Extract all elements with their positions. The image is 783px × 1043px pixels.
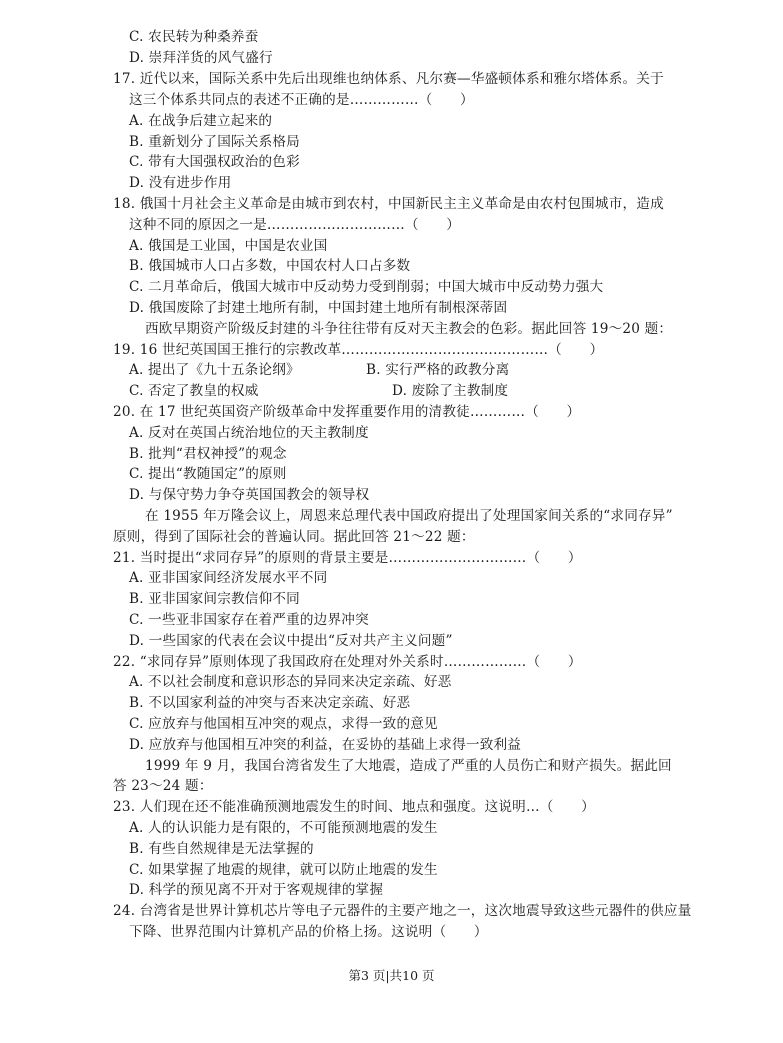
- answer-option: C. 一些亚非国家存在着严重的边界冲突: [129, 610, 369, 630]
- answer-option: C. 应放弃与他国相互冲突的观点，求得一致的意见: [129, 714, 438, 734]
- answer-option: B. 不以国家利益的冲突与否来决定亲疏、好恶: [129, 693, 410, 713]
- answer-option: D. 崇拜洋货的风气盛行: [129, 48, 273, 68]
- answer-option: C. 如果掌握了地震的规律，就可以防止地震的发生: [129, 860, 438, 880]
- answer-option: A. 俄国是工业国，中国是农业国: [129, 236, 327, 256]
- reading-passage: 在 1955 年万隆会议上，周恩来总理代表中国政府提出了处理国家间关系的“求同存…: [145, 506, 673, 526]
- answer-option: B. 重新划分了国际关系格局: [129, 132, 300, 152]
- answer-option: A. 在战争后建立起来的: [129, 111, 272, 131]
- reading-passage: 答 23～24 题：: [113, 776, 213, 796]
- answer-option: D. 废除了主教制度: [392, 381, 508, 401]
- answer-option: D. 俄国废除了封建土地所有制，中国封建土地所有制根深蒂固: [129, 298, 507, 318]
- reading-passage: 西欧早期资产阶级反封建的斗争往往带有反对天主教会的色彩。据此回答 19～20 题…: [145, 319, 672, 339]
- page-footer: 第3 页|共10 页: [0, 967, 783, 985]
- answer-option: D. 与保守势力争夺英国国教会的领导权: [129, 485, 369, 505]
- question-stem: 24. 台湾省是世界计算机芯片等电子元器件的主要产地之一，这次地震导致这些元器件…: [113, 901, 692, 921]
- question-stem: 22. “求同存异”原则体现了我国政府在处理对外关系时………………（ ）: [113, 652, 582, 672]
- answer-option: C. 农民转为种桑养蚕: [129, 27, 259, 47]
- answer-option: B. 实行严格的政教分离: [366, 360, 509, 380]
- answer-option: A. 提出了《九十五条论纲》: [129, 360, 300, 380]
- answer-option: B. 批判“君权神授”的观念: [129, 444, 287, 464]
- reading-passage: 原则，得到了国际社会的普遍认同。据此回答 21～22 题：: [113, 527, 475, 547]
- question-stem: 23. 人们现在还不能准确预测地震发生的时间、地点和强度。这说明…（ ）: [113, 797, 595, 817]
- answer-option: A. 人的认识能力是有限的，不可能预测地震的发生: [129, 818, 438, 838]
- answer-option: C. 带有大国强权政治的色彩: [129, 152, 300, 172]
- question-stem-continued: 这三个体系共同点的表述不正确的是……………（ ）: [129, 90, 474, 110]
- answer-option: A. 不以社会制度和意识形态的异同来决定亲疏、好恶: [129, 672, 452, 692]
- answer-option: B. 有些自然规律是无法掌握的: [129, 839, 314, 859]
- reading-passage: 1999 年 9 月，我国台湾省发生了大地震，造成了严重的人员伤亡和财产损失。据…: [145, 756, 672, 776]
- question-stem: 21. 当时提出“求同存异”的原则的背景主要是…………………………（ ）: [113, 548, 582, 568]
- answer-option: B. 俄国城市人口占多数，中国农村人口占多数: [129, 256, 410, 276]
- question-stem-continued: 这种不同的原因之一是…………………………（ ）: [129, 215, 460, 235]
- question-stem: 20. 在 17 世纪英国资产阶级革命中发挥重要作用的清教徒…………（ ）: [113, 402, 580, 422]
- answer-option: A. 反对在英国占统治地位的天主教制度: [129, 423, 369, 443]
- answer-option: B. 亚非国家间宗教信仰不同: [129, 589, 300, 609]
- answer-option: D. 应放弃与他国相互冲突的利益，在妥协的基础上求得一致利益: [129, 735, 521, 755]
- question-stem: 19. 16 世纪英国国王推行的宗教改革………………………………………（ ）: [113, 340, 603, 360]
- answer-option: D. 没有进步作用: [129, 173, 231, 193]
- answer-option: D. 科学的预见离不开对于客观规律的掌握: [129, 880, 383, 900]
- answer-option: C. 二月革命后，俄国大城市中反动势力受到削弱；中国大城市中反动势力强大: [129, 277, 603, 297]
- answer-option: C. 提出“教随国定”的原则: [129, 464, 287, 484]
- answer-option: A. 亚非国家间经济发展水平不同: [129, 568, 327, 588]
- answer-option: D. 一些国家的代表在会议中提出“反对共产主义问题”: [129, 631, 453, 651]
- exam-page: C. 农民转为种桑养蚕D. 崇拜洋货的风气盛行17. 近代以来，国际关系中先后出…: [0, 0, 783, 1043]
- question-stem: 18. 俄国十月社会主义革命是由城市到农村，中国新民主主义革命是由农村包围城市，…: [113, 194, 664, 214]
- answer-option: C. 否定了教皇的权威: [129, 381, 259, 401]
- question-stem-continued: 下降、世界范围内计算机产品的价格上扬。这说明（ ）: [129, 922, 488, 942]
- question-stem: 17. 近代以来，国际关系中先后出现维也纳体系、凡尔赛—华盛顿体系和雅尔塔体系。…: [113, 69, 664, 89]
